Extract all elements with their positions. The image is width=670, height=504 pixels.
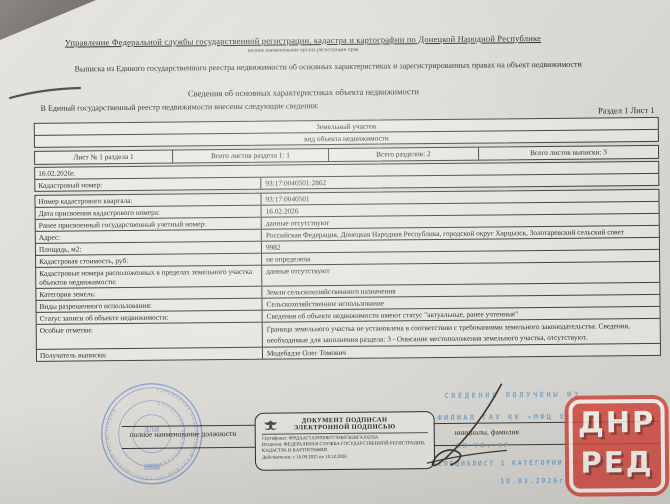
prop-value: данные отсутствуют — [262, 261, 659, 285]
coat-of-arms-icon — [262, 419, 280, 434]
properties-block: Номер кадастрового квартала: 93:17:00405… — [34, 188, 661, 362]
prop-value: Граница земельного участка не установлен… — [263, 318, 660, 346]
meta-sheet: Лист № 1 раздела 1 — [35, 150, 173, 163]
document-photo: Управление Федеральной службы государств… — [0, 0, 670, 504]
prop-label: Ранее присвоенный государственный учетны… — [36, 217, 262, 230]
handwritten-signature — [406, 376, 537, 482]
esign-validity: Действителен: с 16.09.2025 по 18.12.2026 — [262, 454, 428, 462]
prop-label: Особые отметки: — [37, 322, 263, 349]
meta-sections-total: Всего разделов: 2 — [329, 147, 479, 160]
prop-label: Кадастровые номера расположенных в преде… — [36, 265, 262, 287]
prop-label: Виды разрешенного использования: — [36, 298, 262, 311]
seal-center-text: ДЛЯ — [144, 426, 159, 434]
prop-label: Получатель выписки: — [37, 348, 263, 361]
meta-sheets-in-section: Всего листов раздела 1: 1 — [173, 149, 329, 162]
meta-sheets-total: Всего листов выписки: 3 — [479, 145, 658, 159]
main-table: Земельный участок вид объекта недвижимос… — [34, 117, 661, 362]
cadastral-block: 16.02.2026г. Кадастровый номер: 93:17:00… — [34, 161, 659, 192]
badge-text-bottom: РЕД — [565, 448, 669, 478]
seal-tab — [144, 464, 160, 470]
prop-label: Площадь, м2: — [36, 241, 262, 254]
prop-label: Дата присвоения кадастрового номера: — [36, 205, 262, 218]
pen-mark — [0, 0, 120, 120]
prop-label: Кадастровый номер: — [35, 178, 261, 191]
prop-label: Адрес: — [36, 229, 262, 242]
esign-divider — [262, 432, 428, 435]
dnr-red-watermark: ДНР РЕД — [564, 395, 669, 497]
prop-label: Номер кадастрового квартала: — [35, 193, 261, 206]
date-value: 16.02.2026г. — [35, 167, 78, 178]
round-seal: · УПРАВЛЕНИЕ ФЕДЕРАЛЬНОЙ СЛУЖБЫ ГОСУДАРС… — [99, 381, 204, 486]
badge-text-top: ДНР — [565, 408, 669, 438]
prop-value: 93:17:0040501:2862 — [261, 174, 658, 189]
esign-title-line2: ЭЛЕКТРОННОЙ ПОДПИСЬЮ — [262, 423, 428, 432]
object-type-block: Земельный участок вид объекта недвижимос… — [34, 117, 659, 148]
prop-label: Категория земель: — [36, 286, 262, 299]
prop-label: Статус записи об объекте недвижимости: — [37, 310, 263, 323]
razdel-sheet-label: Раздел 1 Лист 1 — [598, 105, 655, 116]
prop-label: Кадастровая стоимость, руб: — [36, 253, 262, 266]
